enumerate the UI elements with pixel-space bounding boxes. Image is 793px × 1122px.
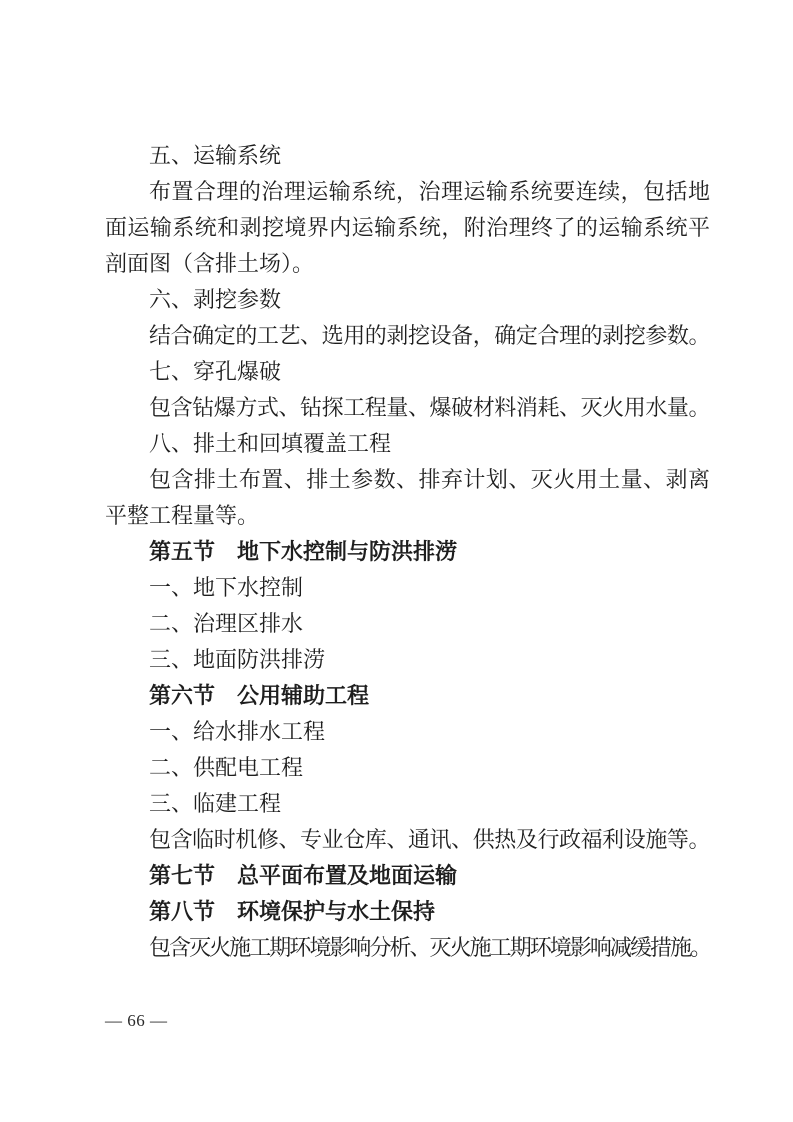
paragraph-line: 包含灭火施工期环境影响分析、灭火施工期环境影响减缓措施。	[105, 930, 710, 966]
paragraph-line: 平整工程量等。	[105, 498, 710, 534]
item-heading-line: 一、地下水控制	[105, 570, 710, 606]
paragraph-line: 结合确定的工艺、选用的剥挖设备，确定合理的剥挖参数。	[105, 318, 710, 354]
document-page: 五、运输系统布置合理的治理运输系统，治理运输系统要连续，包括地面运输系统和剥挖境…	[0, 0, 793, 1122]
section-heading-line: 第六节 公用辅助工程	[105, 678, 710, 714]
section-heading-line: 第八节 环境保护与水土保持	[105, 894, 710, 930]
item-heading-line: 三、地面防洪排涝	[105, 642, 710, 678]
item-heading-line: 六、剥挖参数	[105, 282, 710, 318]
item-heading-line: 八、排土和回填覆盖工程	[105, 426, 710, 462]
paragraph-line: 包含排土布置、排土参数、排弃计划、灭火用土量、剥离	[105, 462, 710, 498]
document-body: 五、运输系统布置合理的治理运输系统，治理运输系统要连续，包括地面运输系统和剥挖境…	[105, 138, 710, 966]
page-footer: — 66 —	[105, 1009, 168, 1033]
item-heading-line: 三、临建工程	[105, 786, 710, 822]
item-heading-line: 二、治理区排水	[105, 606, 710, 642]
paragraph-line: 包含钻爆方式、钻探工程量、爆破材料消耗、灭火用水量。	[105, 390, 710, 426]
section-heading-line: 第七节 总平面布置及地面运输	[105, 858, 710, 894]
paragraph-line: 布置合理的治理运输系统，治理运输系统要连续，包括地	[105, 174, 710, 210]
paragraph-line: 包含临时机修、专业仓库、通讯、供热及行政福利设施等。	[105, 822, 710, 858]
section-heading-line: 第五节 地下水控制与防洪排涝	[105, 534, 710, 570]
page-number: — 66 —	[105, 1011, 168, 1030]
item-heading-line: 二、供配电工程	[105, 750, 710, 786]
item-heading-line: 一、给水排水工程	[105, 714, 710, 750]
paragraph-line: 剖面图（含排土场）。	[105, 246, 710, 282]
item-heading-line: 七、穿孔爆破	[105, 354, 710, 390]
paragraph-line: 面运输系统和剥挖境界内运输系统，附治理终了的运输系统平	[105, 210, 710, 246]
item-heading-line: 五、运输系统	[105, 138, 710, 174]
